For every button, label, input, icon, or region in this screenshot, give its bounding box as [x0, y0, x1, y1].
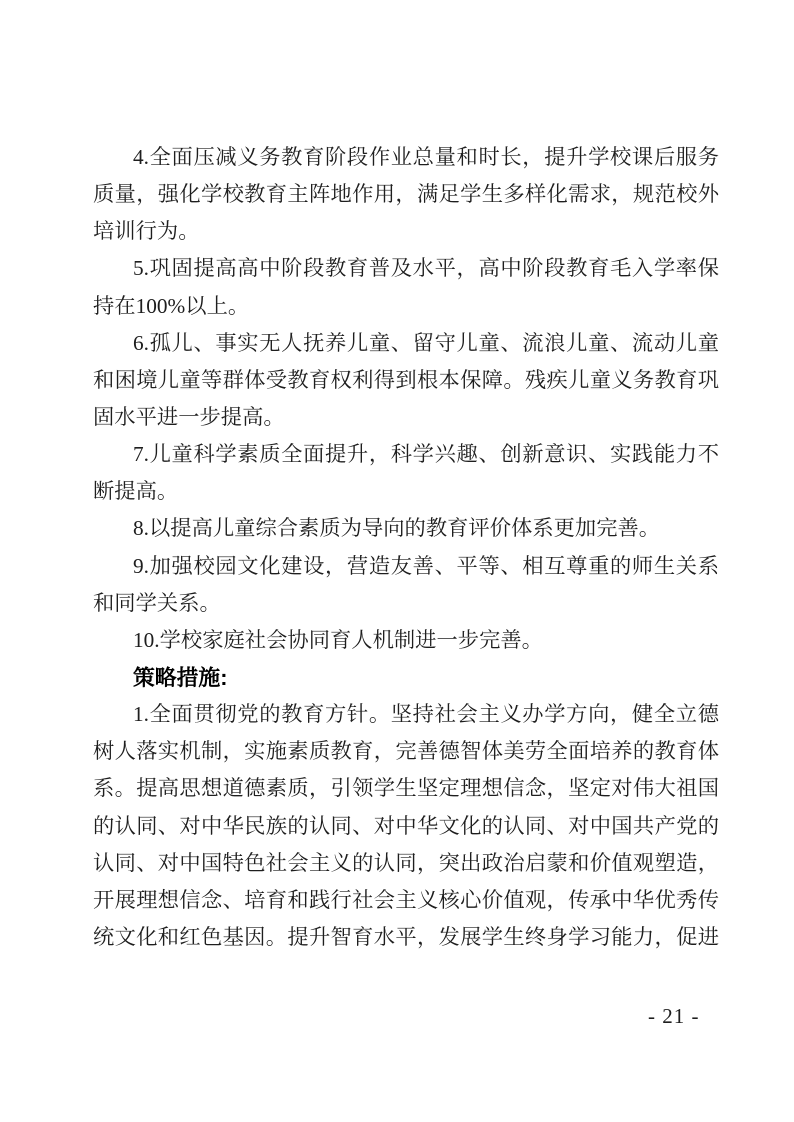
page-number: - 21 -	[648, 1004, 700, 1028]
text-line: 和困境儿童等群体受教育权利得到根本保障。残疾儿童义务教育巩	[93, 362, 719, 399]
text-line: 6.孤儿、事实无人抚养儿童、留守儿童、流浪儿童、流动儿童	[93, 325, 719, 362]
text-line: 统文化和红色基因。提升智育水平，发展学生终身学习能力，促进	[93, 919, 719, 956]
text-line: 4.全面压减义务教育阶段作业总量和时长，提升学校课后服务	[93, 139, 719, 176]
text-line: 质量，强化学校教育主阵地作用，满足学生多样化需求，规范校外	[93, 176, 719, 213]
text-line: 认同、对中国特色社会主义的认同，突出政治启蒙和价值观塑造，	[93, 845, 719, 882]
text-line: 7.儿童科学素质全面提升，科学兴趣、创新意识、实践能力不	[93, 436, 719, 473]
text-line: 10.学校家庭社会协同育人机制进一步完善。	[93, 622, 719, 659]
text-line: 9.加强校园文化建设，营造友善、平等、相互尊重的师生关系	[93, 548, 719, 585]
text-line: 树人落实机制，实施素质教育，完善德智体美劳全面培养的教育体	[93, 733, 719, 770]
text-line: 的认同、对中华民族的认同、对中华文化的认同、对中国共产党的	[93, 808, 719, 845]
text-line: 和同学关系。	[93, 585, 719, 622]
document-page: 4.全面压减义务教育阶段作业总量和时长，提升学校课后服务质量，强化学校教育主阵地…	[0, 0, 794, 1122]
section-heading: 策略措施:	[93, 659, 719, 696]
document-body: 4.全面压减义务教育阶段作业总量和时长，提升学校课后服务质量，强化学校教育主阵地…	[93, 139, 719, 956]
text-line: 1.全面贯彻党的教育方针。坚持社会主义办学方向，健全立德	[93, 696, 719, 733]
text-line: 培训行为。	[93, 213, 719, 250]
text-line: 断提高。	[93, 473, 719, 510]
text-line: 持在100%以上。	[93, 288, 719, 325]
text-line: 8.以提高儿童综合素质为导向的教育评价体系更加完善。	[93, 510, 719, 547]
text-line: 系。提高思想道德素质，引领学生坚定理想信念，坚定对伟大祖国	[93, 770, 719, 807]
text-line: 固水平进一步提高。	[93, 399, 719, 436]
text-line: 开展理想信念、培育和践行社会主义核心价值观，传承中华优秀传	[93, 882, 719, 919]
text-line: 5.巩固提高高中阶段教育普及水平，高中阶段教育毛入学率保	[93, 250, 719, 287]
